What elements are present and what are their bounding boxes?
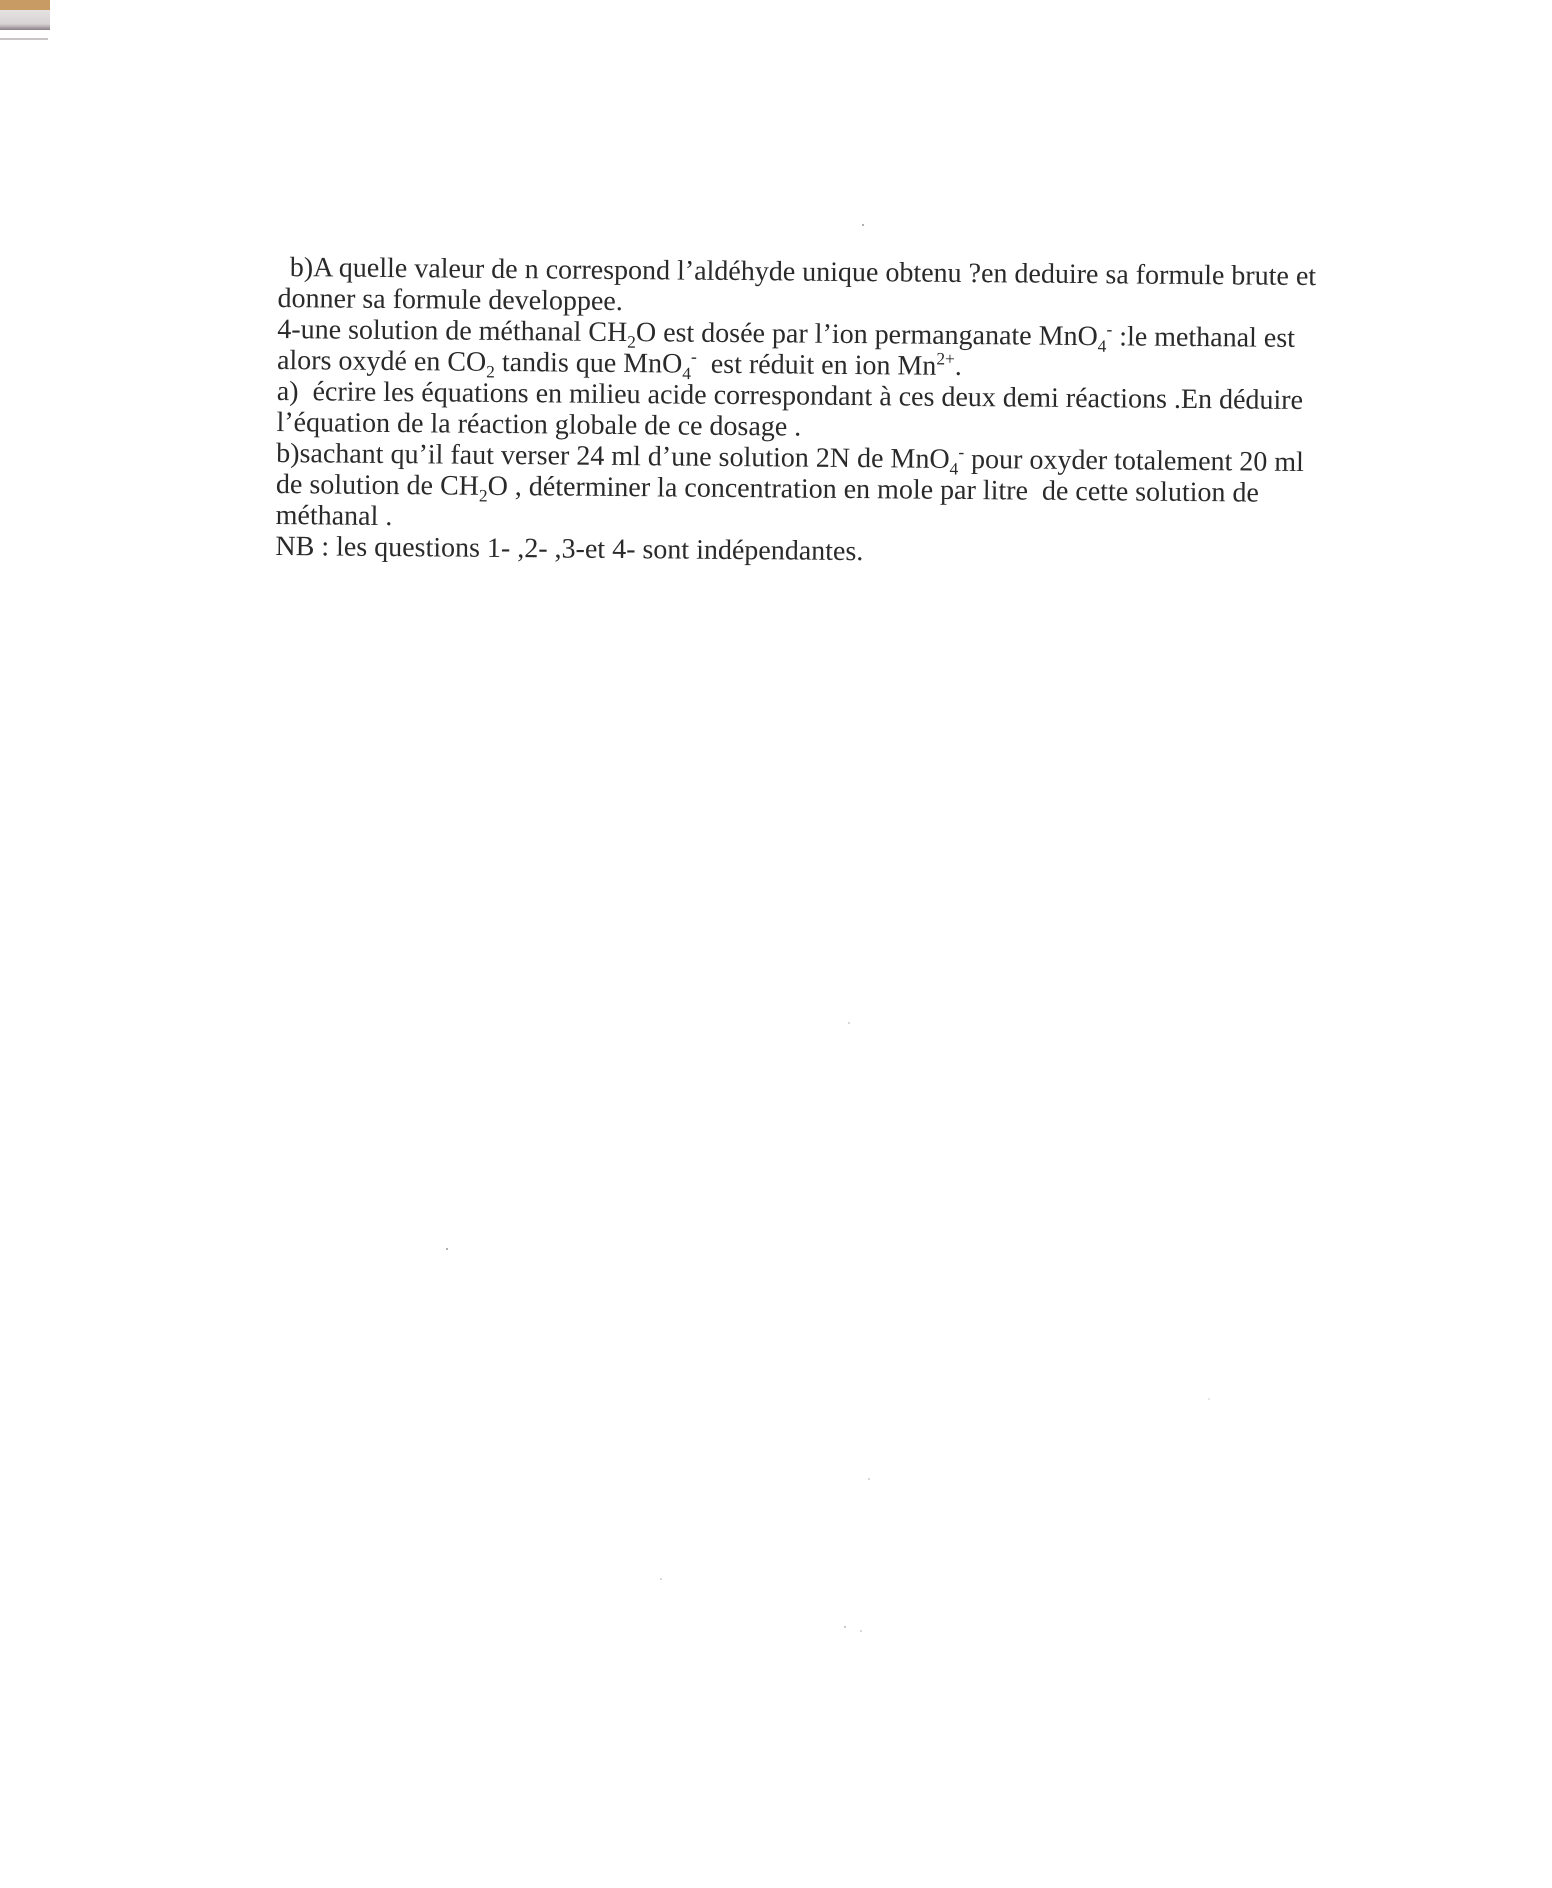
text-fragment: . <box>955 351 962 382</box>
scan-edge-artifact <box>0 10 50 30</box>
text-fragment: 4-une solution de méthanal CH <box>277 314 627 348</box>
scan-speck <box>868 1478 870 1480</box>
exercise-text: b)A quelle valeur de n correspond l’aldé… <box>275 252 1478 572</box>
text-fragment: O est dosée par l’ion permanganate MnO <box>636 317 1098 352</box>
scan-speck <box>860 1630 862 1632</box>
text-fragment: alors oxydé en CO <box>277 345 486 378</box>
scan-speck <box>844 1626 846 1628</box>
text-fragment: de solution de CH <box>276 469 479 502</box>
scan-speck <box>660 1578 662 1580</box>
scan-edge-artifact <box>0 0 50 10</box>
scan-speck <box>1208 1398 1210 1400</box>
scan-speck <box>446 1248 448 1250</box>
superscript: 2+ <box>936 349 955 368</box>
scan-edge-artifact <box>0 38 48 40</box>
text-fragment: est réduit en ion Mn <box>697 349 937 382</box>
text-fragment: pour oxyder totalement 20 ml <box>964 444 1304 478</box>
text-fragment: :le methanal est <box>1112 321 1295 354</box>
subscript: 2 <box>479 486 488 505</box>
subscript: 4 <box>1098 337 1107 356</box>
scan-speck <box>862 224 864 226</box>
text-fragment: tandis que MnO <box>495 347 683 380</box>
scan-speck <box>848 1022 850 1024</box>
